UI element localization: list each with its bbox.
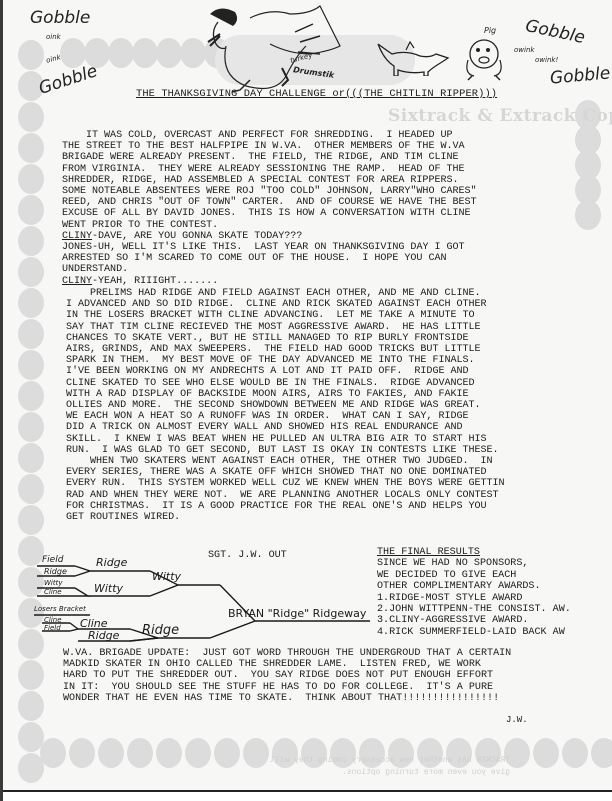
article-paragraph-intro: IT WAS COLD, OVERCAST AND PERFECT FOR SH… bbox=[62, 130, 607, 231]
dialogue-speaker: CLINY bbox=[62, 231, 92, 242]
bracket-entrant: Field bbox=[42, 555, 63, 565]
dialogue-speaker: JONES bbox=[62, 242, 92, 253]
losers-bracket-label: Losers Bracket bbox=[34, 605, 86, 613]
award-item: 2.JOHN WITTPENN-THE CONSIST. AW. bbox=[377, 604, 571, 615]
dialogue-text: -UH, WELL IT'S LIKE THIS. LAST YEAR ON T… bbox=[62, 242, 465, 275]
dialogue-text: -YEAH, RIIIGHT....... bbox=[92, 276, 218, 287]
dialogue-line: CLINY-YEAH, RIIIGHT....... bbox=[62, 276, 607, 287]
page-left-edge bbox=[0, 0, 3, 801]
background-watermark-footer: TRACKER has another new accessory coming… bbox=[270, 755, 510, 779]
bracket-winner: Ridge bbox=[88, 629, 119, 642]
handwritten-oink: oink bbox=[45, 53, 61, 65]
bracket-entrant: Ridge bbox=[44, 567, 67, 576]
final-results: THE FINAL RESULTSSINCE WE HAD NO SPONSOR… bbox=[377, 547, 571, 638]
award-item: 4.RICK SUMMERFIELD-LAID BACK AW bbox=[377, 627, 571, 638]
handwritten-gobble: Gobble bbox=[524, 16, 587, 48]
bracket-entrant: Cline bbox=[44, 588, 62, 596]
dialogue-line: CLINY-DAVE, ARE YOU GONNA SKATE TODAY??? bbox=[62, 231, 607, 242]
update-signature: J.W. bbox=[506, 715, 528, 725]
watermark-line: TRACKER has another new accessory coming… bbox=[270, 756, 510, 765]
brigade-update: W.VA. BRIGADE UPDATE: JUST GOT WORD THRO… bbox=[63, 648, 511, 704]
tournament-bracket: Field Ridge Witty Cline Ridge Witty Witt… bbox=[30, 555, 380, 650]
bracket-entrant: Field bbox=[44, 624, 61, 632]
dialogue-speaker: CLINY bbox=[62, 276, 92, 287]
bracket-entrant: Cline bbox=[44, 616, 62, 624]
handwritten-gobble: Gobble bbox=[549, 63, 611, 88]
handwritten-gobble: Gobble bbox=[36, 61, 100, 99]
bracket-champion: BRYAN "Ridge" Ridgeway bbox=[228, 607, 366, 620]
dialogue-line: JONES-UH, WELL IT'S LIKE THIS. LAST YEAR… bbox=[62, 242, 607, 276]
handwritten-pig-label: Pig bbox=[484, 26, 496, 35]
zine-page: Sixtrack & Extrack Copers in Red or Blac… bbox=[0, 0, 612, 790]
background-watermark-text: Sixtrack & Extrack Copers in Red or Blac… bbox=[388, 106, 612, 126]
final-results-heading: THE FINAL RESULTS bbox=[377, 547, 571, 558]
article-paragraph-contest: PRELIMS HAD RIDGE AND FIELD AGAINST EACH… bbox=[66, 288, 611, 523]
dialogue-text: -DAVE, ARE YOU GONNA SKATE TODAY??? bbox=[92, 231, 302, 242]
article-title: THE THANKSGIVING DAY CHALLENGE or(((THE … bbox=[136, 88, 497, 100]
turkey-drawing-icon bbox=[190, 2, 360, 94]
handwritten-oink: owink bbox=[514, 46, 534, 54]
pig-drawing-icon bbox=[460, 36, 510, 82]
handwritten-gobble: Gobble bbox=[30, 8, 90, 28]
bracket-entrant: Witty bbox=[44, 579, 63, 587]
animal-drawing-icon bbox=[372, 36, 456, 76]
watermark-line: give you even more turning options. bbox=[342, 768, 510, 777]
page-bottom-edge bbox=[0, 790, 612, 801]
bracket-semifinal-winner: Witty bbox=[152, 570, 181, 583]
bracket-lines bbox=[30, 555, 380, 650]
final-results-intro: SINCE WE HAD NO SPONSORS, WE DECIDED TO … bbox=[377, 558, 571, 592]
bracket-winner: Witty bbox=[94, 582, 123, 595]
bracket-winner: Ridge bbox=[96, 556, 127, 569]
bracket-losers-final-winner: Ridge bbox=[142, 623, 179, 638]
award-item: 1.RIDGE-MOST STYLE AWARD bbox=[377, 593, 571, 604]
handwritten-oink: oink bbox=[46, 33, 61, 41]
award-item: 3.CLINY-AGGRESSIVE AWARD. bbox=[377, 615, 571, 626]
handwritten-oink: owink! bbox=[535, 56, 558, 64]
